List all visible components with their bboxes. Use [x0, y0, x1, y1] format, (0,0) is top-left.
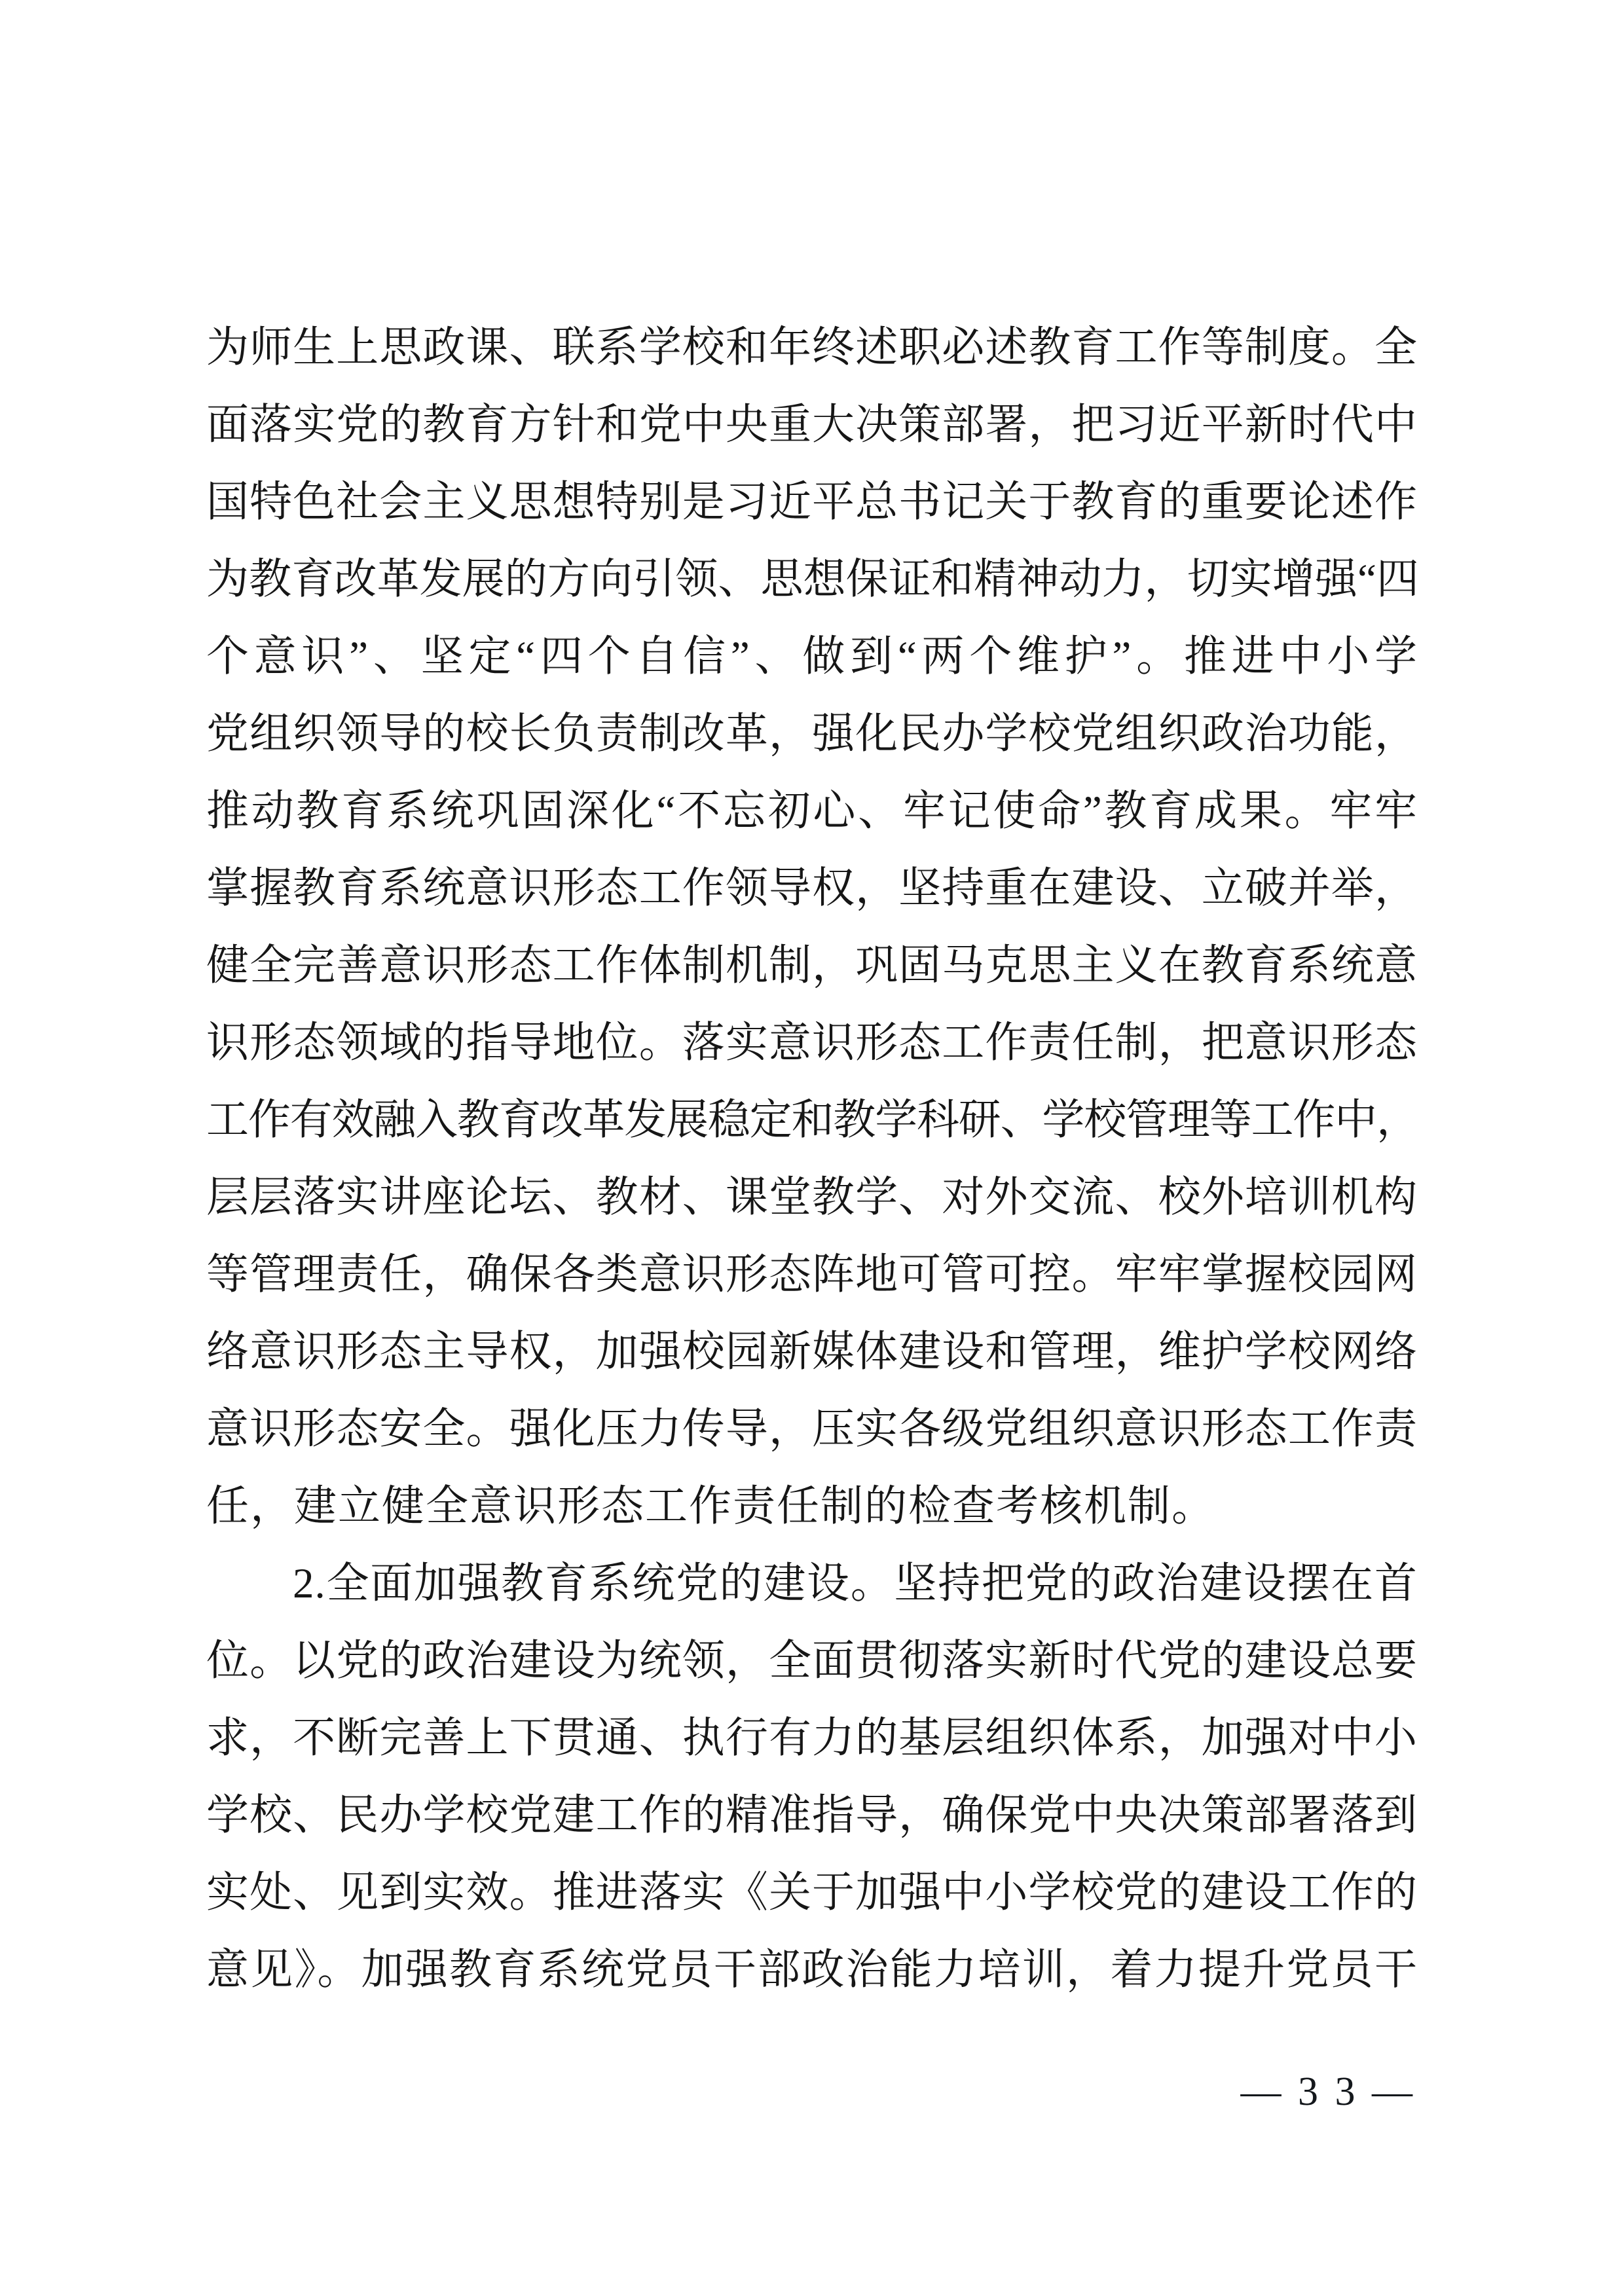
text-line: 实处、见到实效。推进落实《关于加强中小学校党的建设工作的: [206, 1854, 1418, 1931]
text-line: 为教育改革发展的方向引领、思想保证和精神动力，切实增强“四: [206, 541, 1418, 618]
text-line: 识形态领域的指导地位。落实意识形态工作责任制，把意识形态: [206, 1004, 1418, 1082]
text-line-paragraph-end: 任，建立健全意识形态工作责任制的检查考核机制。: [206, 1468, 1418, 1545]
text-line: 求，不断完善上下贯通、执行有力的基层组织体系，加强对中小: [206, 1700, 1418, 1777]
text-line: 等管理责任，确保各类意识形态阵地可管可控。牢牢掌握校园网: [206, 1236, 1418, 1313]
text-line: 个意识”、坚定“四个自信”、做到“两个维护”。推进中小学: [206, 618, 1418, 695]
text-line: 意见》。加强教育系统党员干部政治能力培训，着力提升党员干: [206, 1931, 1418, 2009]
text-line: 位。以党的政治建设为统领，全面贯彻落实新时代党的建设总要: [206, 1622, 1418, 1700]
text-line: 掌握教育系统意识形态工作领导权，坚持重在建设、立破并举，: [206, 850, 1418, 927]
text-line: 络意识形态主导权，加强校园新媒体建设和管理，维护学校网络: [206, 1313, 1418, 1391]
text-line: 健全完善意识形态工作体制机制，巩固马克思主义在教育系统意: [206, 927, 1418, 1004]
body-text: 为师生上思政课、联系学校和年终述职必述教育工作等制度。全 面落实党的教育方针和党…: [206, 309, 1418, 2009]
text-line: 国特色社会主义思想特别是习近平总书记关于教育的重要论述作: [206, 464, 1418, 541]
text-line: 党组织领导的校长负责制改革，强化民办学校党组织政治功能，: [206, 695, 1418, 773]
text-line: 学校、民办学校党建工作的精准指导，确保党中央决策部署落到: [206, 1777, 1418, 1854]
document-page: 为师生上思政课、联系学校和年终述职必述教育工作等制度。全 面落实党的教育方针和党…: [0, 0, 1624, 2296]
text-line: 面落实党的教育方针和党中央重大决策部署，把习近平新时代中: [206, 386, 1418, 464]
text-line: 推动教育系统巩固深化“不忘初心、牢记使命”教育成果。牢牢: [206, 773, 1418, 850]
page-number: — 3 3 —: [1241, 2066, 1416, 2118]
text-line: 工作有效融入教育改革发展稳定和教学科研、学校管理等工作中，: [206, 1082, 1418, 1159]
text-line: 为师生上思政课、联系学校和年终述职必述教育工作等制度。全: [206, 309, 1418, 386]
text-line: 层层落实讲座论坛、教材、课堂教学、对外交流、校外培训机构: [206, 1159, 1418, 1236]
text-line-paragraph-start: 2.全面加强教育系统党的建设。坚持把党的政治建设摆在首: [206, 1545, 1418, 1622]
text-line: 意识形态安全。强化压力传导，压实各级党组织意识形态工作责: [206, 1391, 1418, 1468]
